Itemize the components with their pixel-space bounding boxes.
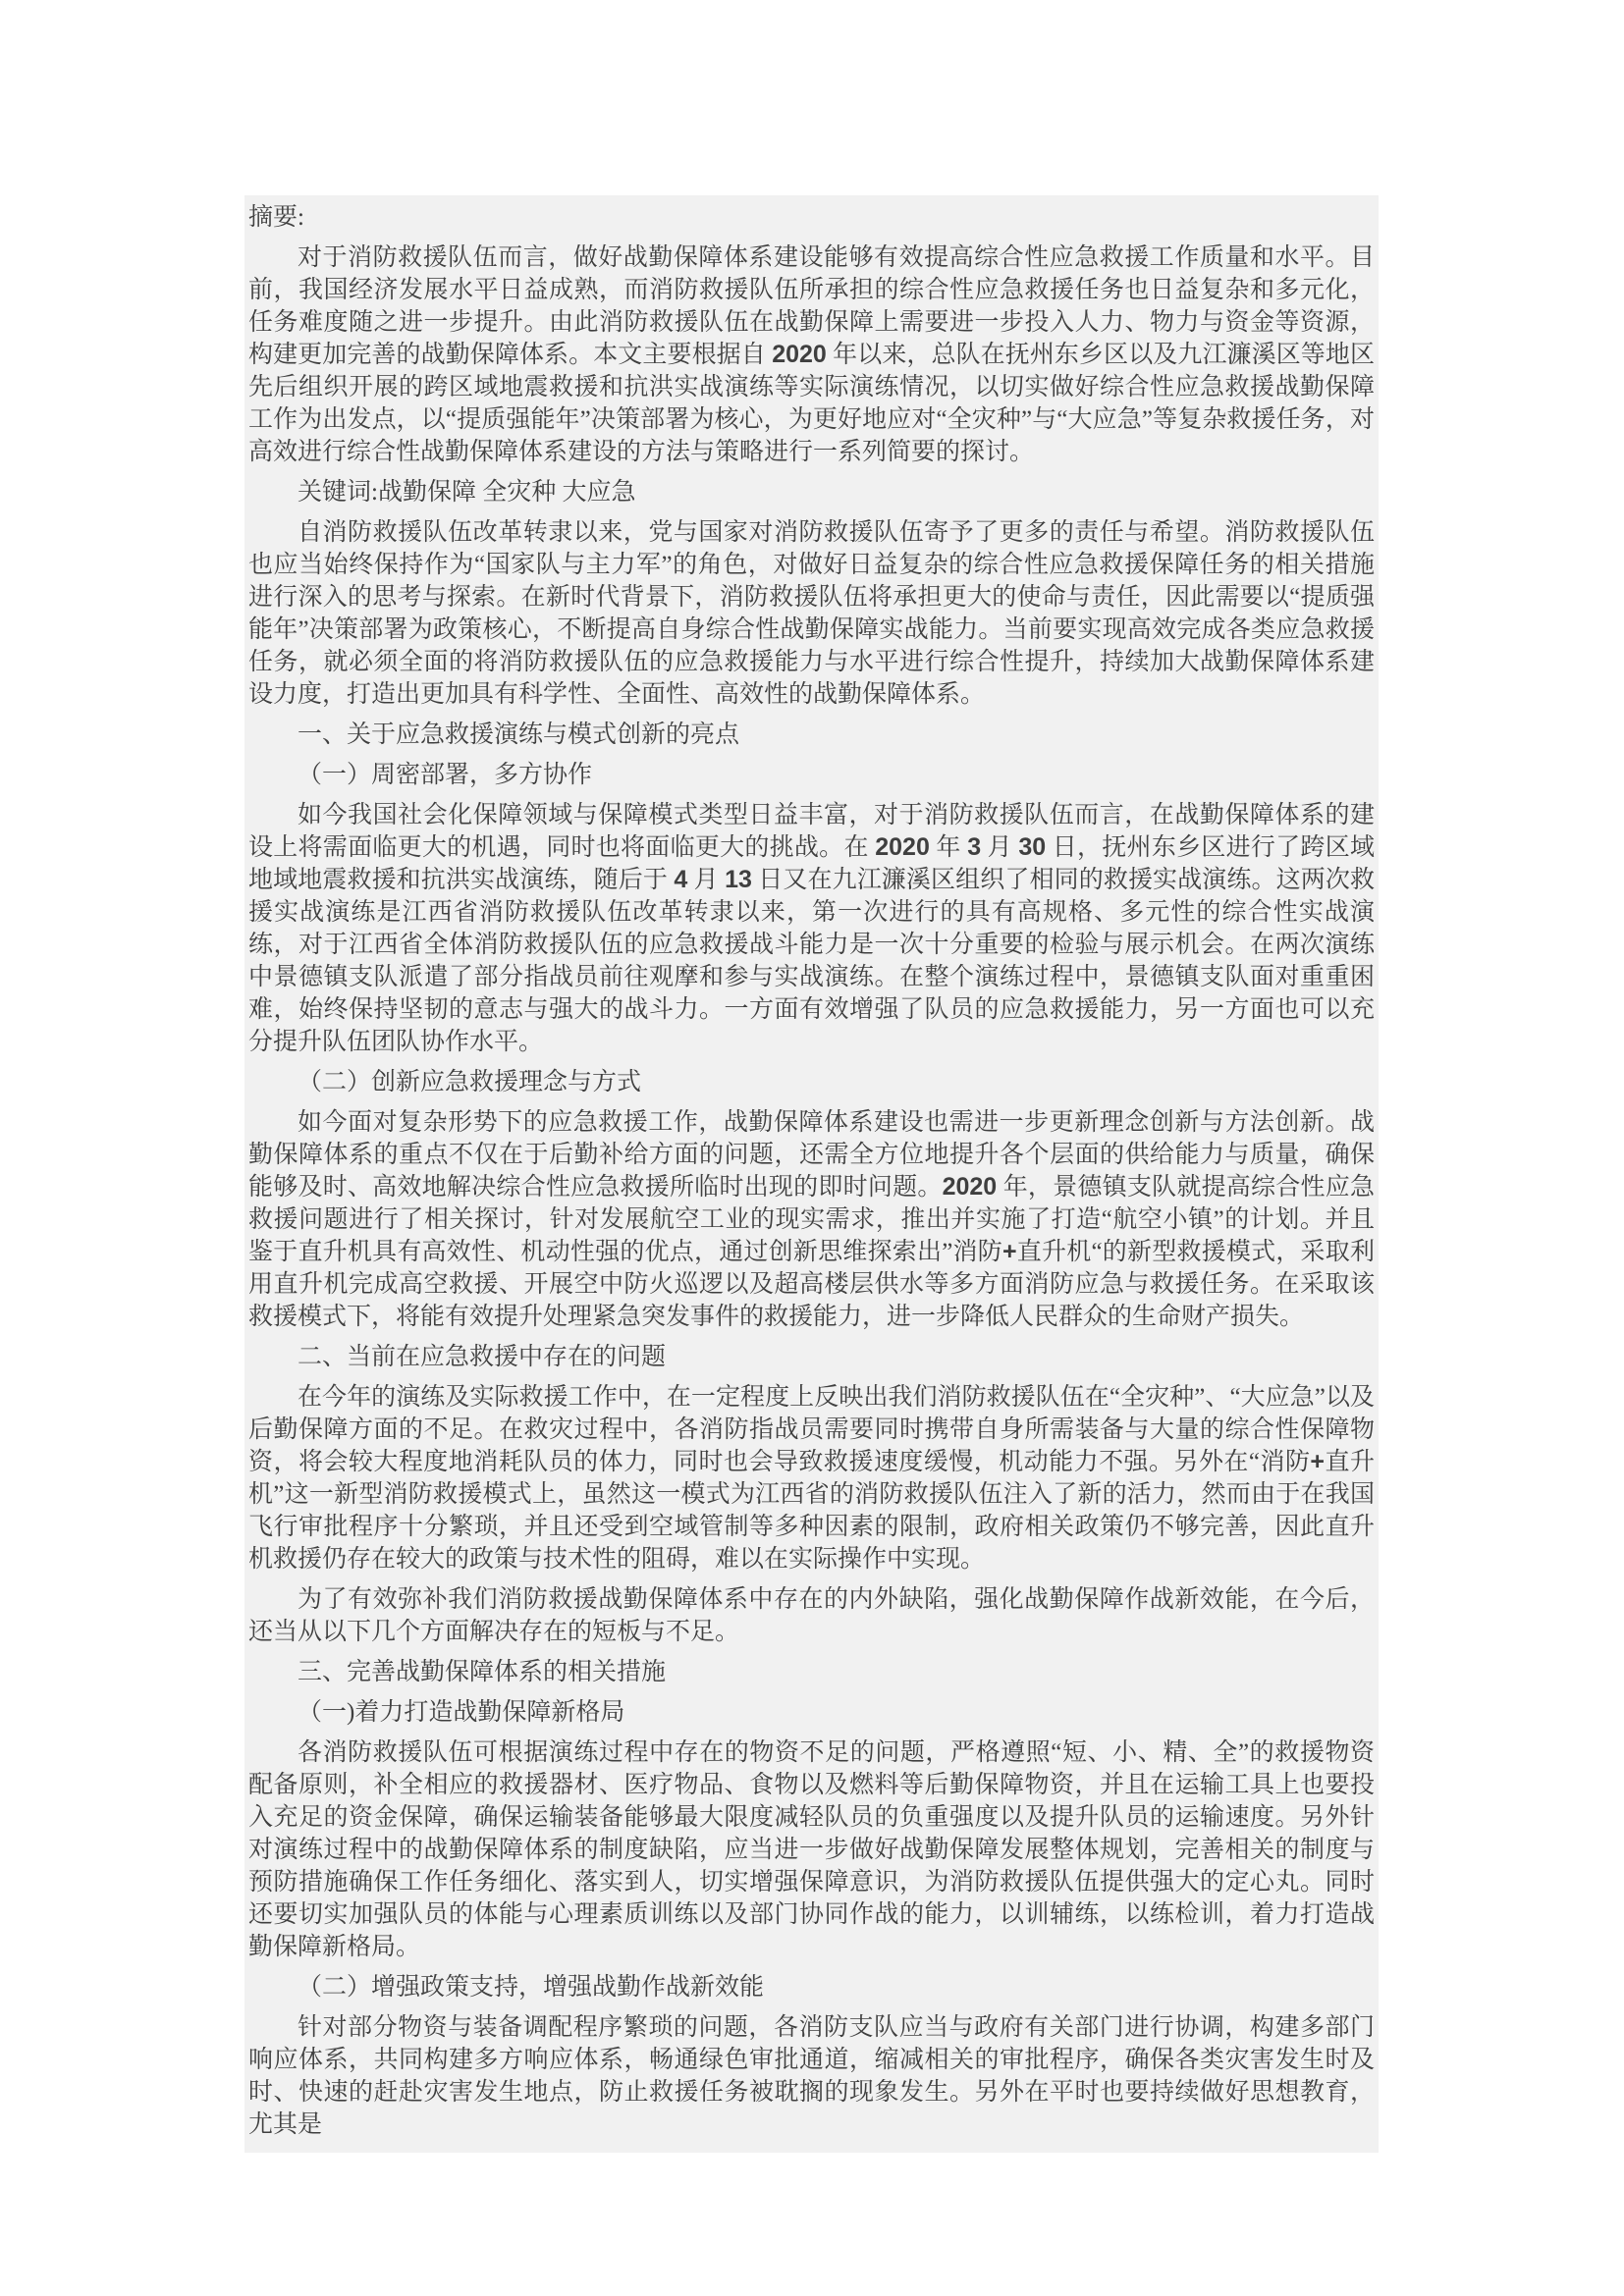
document-page: 摘要:对于消防救援队伍而言，做好战勤保障体系建设能够有效提高综合性应急救援工作质…	[0, 0, 1624, 2296]
document-paragraph: 自消防救援队伍改革转隶以来，党与国家对消防救援队伍寄予了更多的责任与希望。消防救…	[248, 516, 1375, 711]
document-subheading: （二）创新应急救援理念与方式	[248, 1066, 1375, 1098]
document-subheading: （一）周密部署，多方协作	[248, 759, 1375, 791]
document-body: 摘要:对于消防救援队伍而言，做好战勤保障体系建设能够有效提高综合性应急救援工作质…	[244, 195, 1379, 2153]
document-paragraph: 在今年的演练及实际救援工作中，在一定程度上反映出我们消防救援队伍在“全灾种”、“…	[248, 1381, 1375, 1575]
document-heading: 二、当前在应急救援中存在的问题	[248, 1341, 1375, 1373]
document-paragraph: 针对部分物资与装备调配程序繁琐的问题，各消防支队应当与政府有关部门进行协调，构建…	[248, 2011, 1375, 2141]
document-heading: 三、完善战勤保障体系的相关措施	[248, 1656, 1375, 1688]
document-paragraph: 为了有效弥补我们消防救援战勤保障体系中存在的内外缺陷，强化战勤保障作战新效能，在…	[248, 1583, 1375, 1648]
document-paragraph: 对于消防救援队伍而言，做好战勤保障体系建设能够有效提高综合性应急救援工作质量和水…	[248, 241, 1375, 468]
document-label: 摘要:	[248, 201, 1375, 234]
document-subheading: （二）增强政策支持，增强战勤作战新效能	[248, 1971, 1375, 2003]
document-paragraph: 各消防救援队伍可根据演练过程中存在的物资不足的问题，严格遵照“短、小、精、全”的…	[248, 1736, 1375, 1963]
document-subheading: （一)着力打造战勤保障新格局	[248, 1696, 1375, 1729]
document-paragraph: 如今面对复杂形势下的应急救援工作，战勤保障体系建设也需进一步更新理念创新与方法创…	[248, 1106, 1375, 1333]
document-paragraph: 如今我国社会化保障领域与保障模式类型日益丰富，对于消防救援队伍而言，在战勤保障体…	[248, 799, 1375, 1058]
document-heading: 一、关于应急救援演练与模式创新的亮点	[248, 719, 1375, 751]
document-keywords: 关键词:战勤保障 全灾种 大应急	[248, 476, 1375, 508]
